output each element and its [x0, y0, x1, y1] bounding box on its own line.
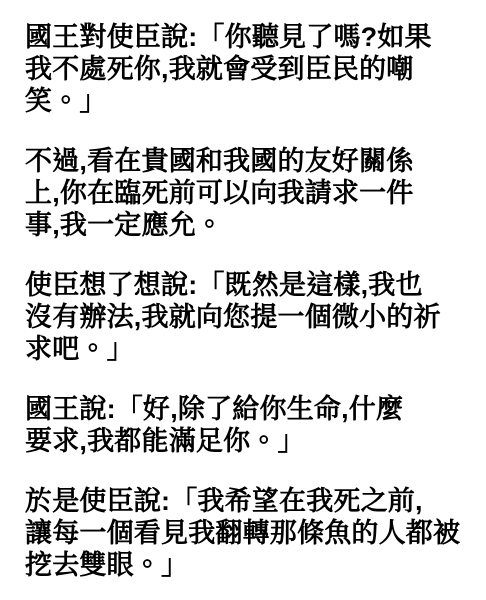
paragraph-king-offer: 不過,看在貴國和我國的友好關係 上,你在臨死前可以向我請求一件 事,我一定應允。: [25, 145, 474, 241]
text-line: 事,我一定應允。: [25, 209, 474, 241]
story-page: 國王對使臣說:「你聽見了嗎?如果 我不處死你,我就會受到臣民的嘲 笑。」 不過,…: [0, 0, 486, 600]
paragraph-envoy-wish: 於是使臣說:「我希望在我死之前, 讓每一個看見我翻轉那條魚的人都被 挖去雙眼。」: [25, 485, 474, 581]
text-line: 笑。」: [25, 85, 474, 117]
text-line: 不過,看在貴國和我國的友好關係: [25, 145, 474, 177]
text-line: 挖去雙眼。」: [25, 549, 474, 581]
text-line: 要求,我都能滿足你。」: [25, 425, 474, 457]
paragraph-envoy-reply: 使臣想了想說:「既然是這樣,我也 沒有辦法,我就向您提一個微小的祈 求吧。」: [25, 269, 474, 365]
text-line: 國王說:「好,除了給你生命,什麼: [25, 393, 474, 425]
text-line: 讓每一個看見我翻轉那條魚的人都被: [25, 517, 474, 549]
text-line: 我不處死你,我就會受到臣民的嘲: [25, 53, 474, 85]
text-line: 求吧。」: [25, 333, 474, 365]
text-line: 上,你在臨死前可以向我請求一件: [25, 177, 474, 209]
paragraph-king-threat: 國王對使臣說:「你聽見了嗎?如果 我不處死你,我就會受到臣民的嘲 笑。」: [25, 21, 474, 117]
text-line: 沒有辦法,我就向您提一個微小的祈: [25, 301, 474, 333]
text-line: 國王對使臣說:「你聽見了嗎?如果: [25, 21, 474, 53]
text-line: 使臣想了想說:「既然是這樣,我也: [25, 269, 474, 301]
paragraph-king-promise: 國王說:「好,除了給你生命,什麼 要求,我都能滿足你。」: [25, 393, 474, 457]
text-line: 於是使臣說:「我希望在我死之前,: [25, 485, 474, 517]
